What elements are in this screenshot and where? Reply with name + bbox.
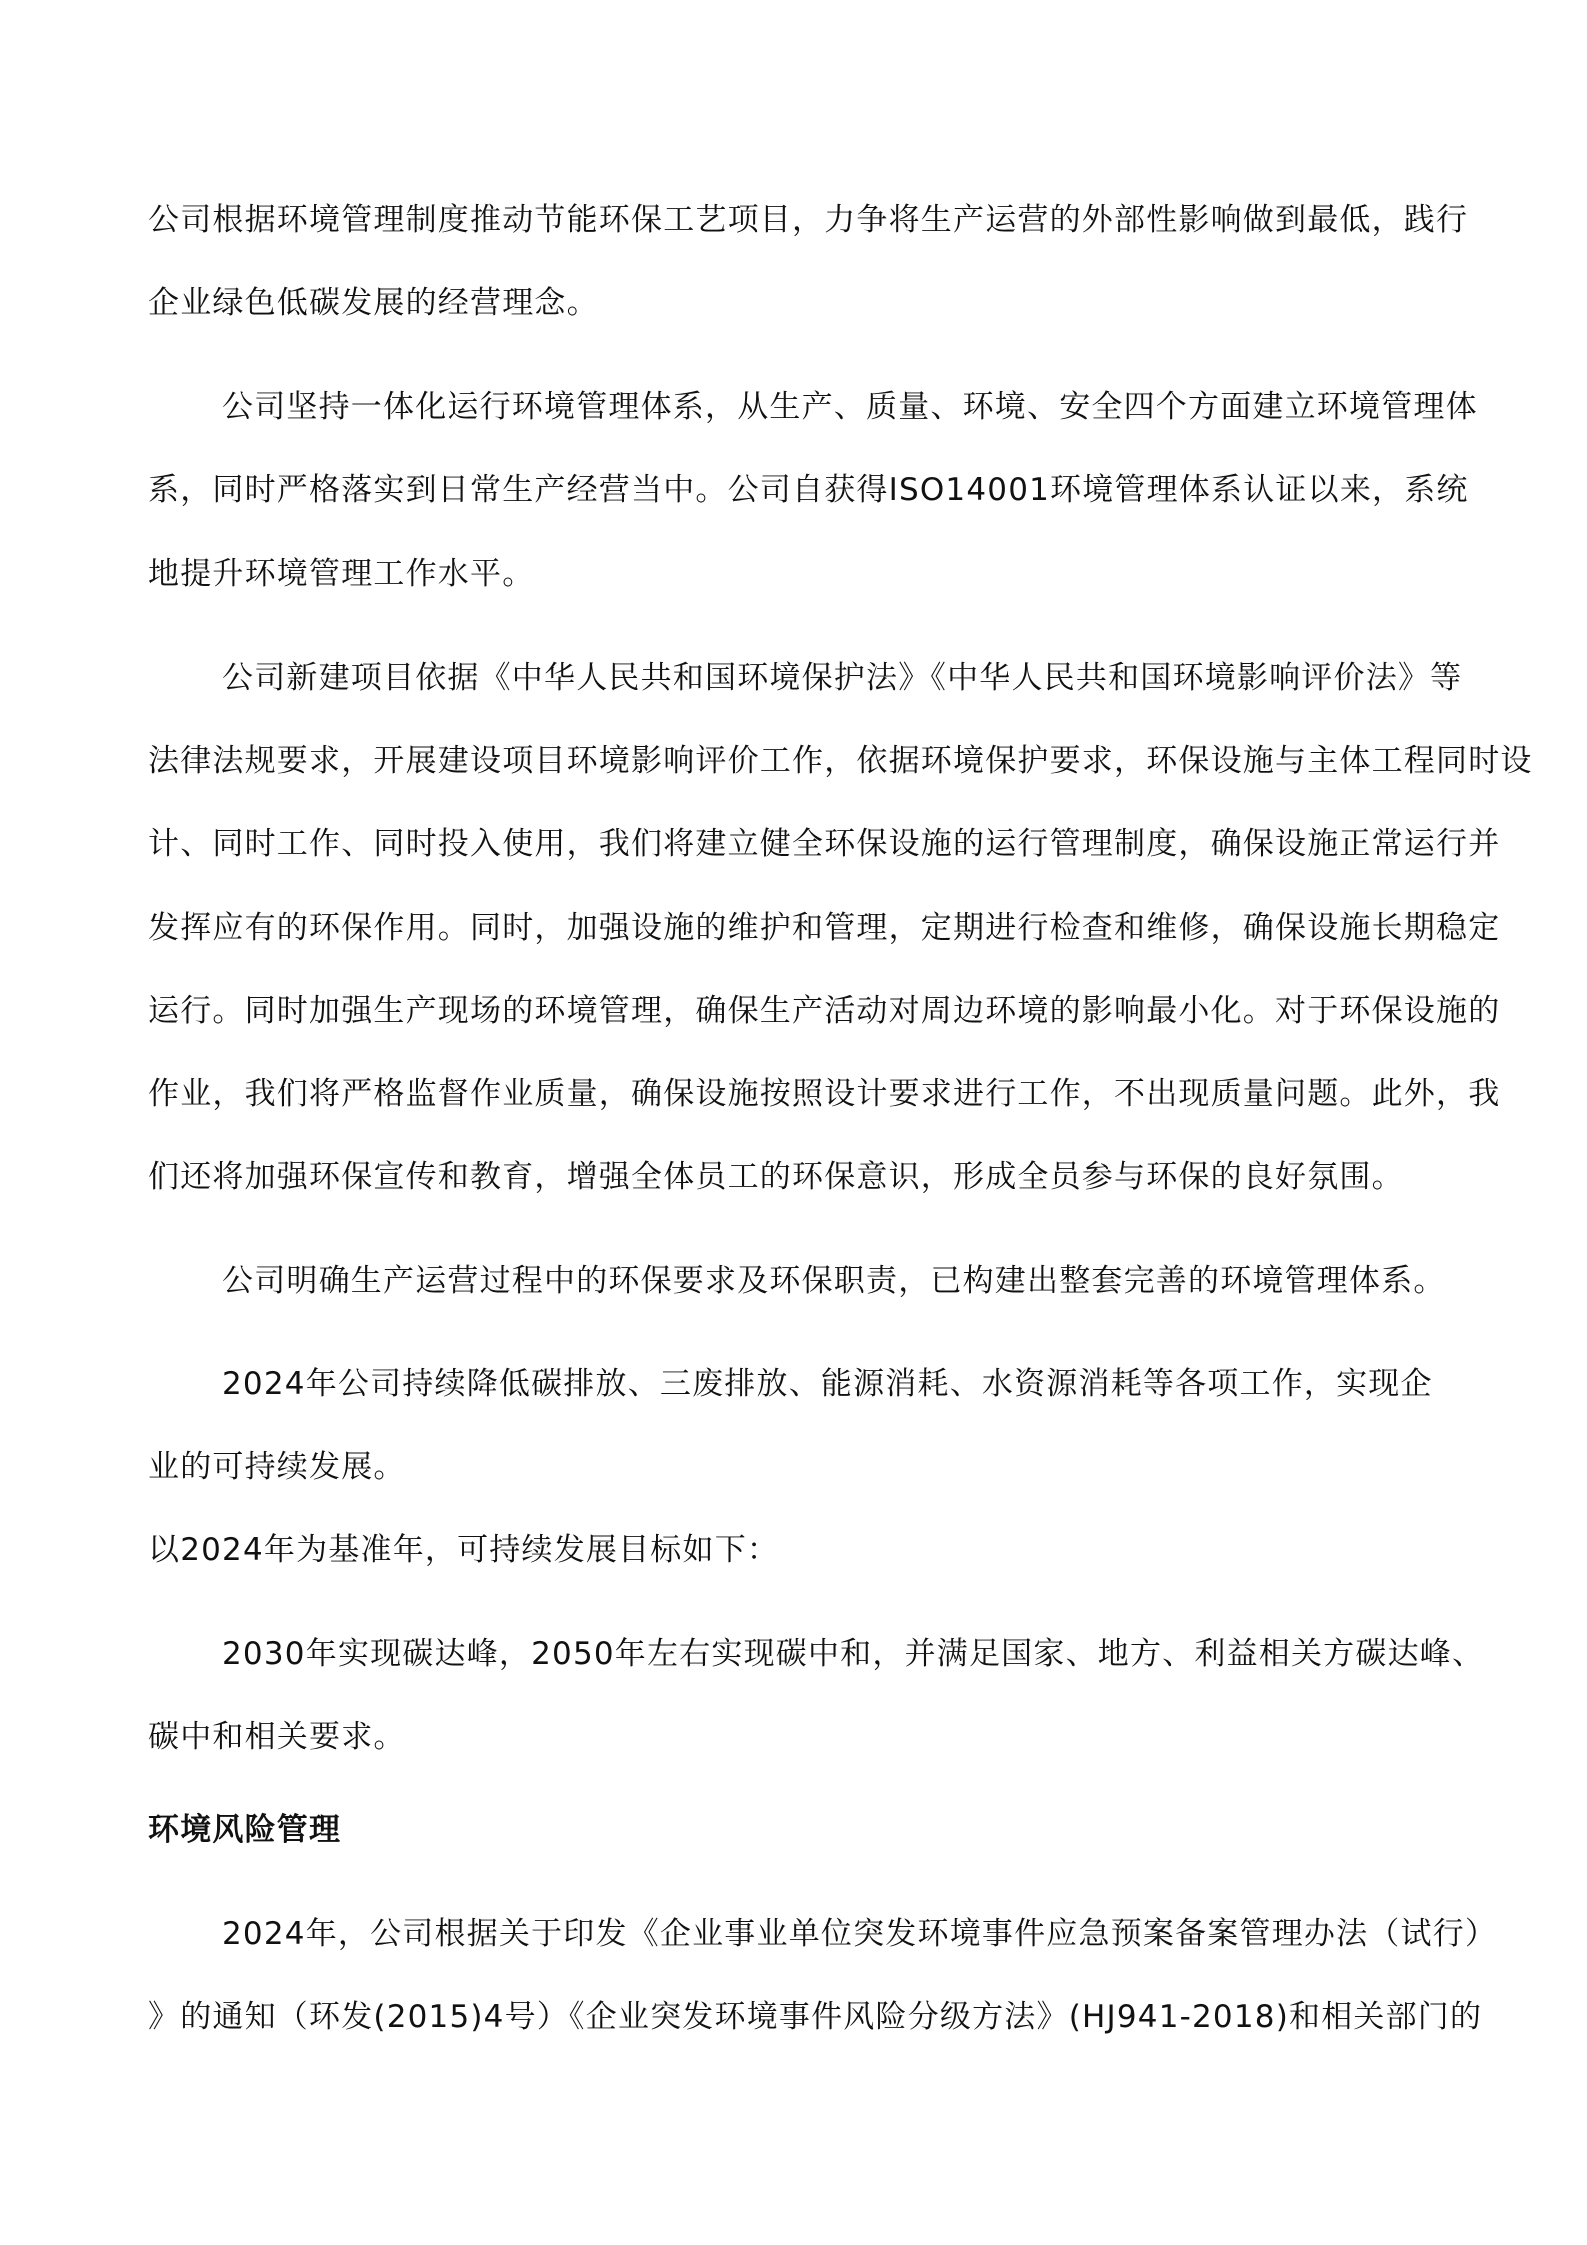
paragraph-3-line-6: 作业，我们将严格监督作业质量，确保设施按照设计要求进行工作，不出现质量问题。此外…: [148, 1072, 1500, 1116]
paragraph-1-line-2: 企业绿色低碳发展的经营理念。: [148, 281, 599, 325]
paragraph-3-line-1: 公司新建项目依据《中华人民共和国环境保护法》《中华人民共和国环境影响评价法》等: [222, 656, 1462, 700]
paragraph-8-line-2: 》的通知（环发(2015)4号）《企业突发环境事件风险分级方法》(HJ941-2…: [148, 1995, 1482, 2039]
paragraph-7-line-2: 碳中和相关要求。: [148, 1715, 406, 1759]
paragraph-3-line-2: 法律法规要求，开展建设项目环境影响评价工作，依据环境保护要求，环保设施与主体工程…: [148, 739, 1533, 783]
paragraph-5-line-1: 2024年公司持续降低碳排放、三废排放、能源消耗、水资源消耗等各项工作，实现企: [222, 1362, 1433, 1406]
paragraph-6-line-1: 以2024年为基准年，可持续发展目标如下：: [148, 1528, 779, 1572]
paragraph-2-line-2: 系，同时严格落实到日常生产经营当中。公司自获得ISO14001环境管理体系认证以…: [148, 468, 1469, 512]
paragraph-2-line-1: 公司坚持一体化运行环境管理体系，从生产、质量、环境、安全四个方面建立环境管理体: [222, 385, 1478, 429]
paragraph-2-line-3: 地提升环境管理工作水平。: [148, 552, 534, 596]
paragraph-5-line-2: 业的可持续发展。: [148, 1445, 406, 1489]
paragraph-3-line-3: 计、同时工作、同时投入使用，我们将建立健全环保设施的运行管理制度，确保设施正常运…: [148, 822, 1500, 866]
paragraph-1-line-1: 公司根据环境管理制度推动节能环保工艺项目，力争将生产运营的外部性影响做到最低，践…: [148, 198, 1468, 242]
section-heading: 环境风险管理: [148, 1808, 341, 1852]
paragraph-3-line-4: 发挥应有的环保作用。同时，加强设施的维护和管理，定期进行检查和维修，确保设施长期…: [148, 906, 1500, 950]
paragraph-7-line-1: 2030年实现碳达峰，2050年左右实现碳中和，并满足国家、地方、利益相关方碳达…: [222, 1632, 1484, 1676]
document-page: 公司根据环境管理制度推动节能环保工艺项目，力争将生产运营的外部性影响做到最低，践…: [0, 0, 1587, 2245]
paragraph-3-line-5: 运行。同时加强生产现场的环境管理，确保生产活动对周边环境的影响最小化。对于环保设…: [148, 989, 1500, 1033]
paragraph-4-line-1: 公司明确生产运营过程中的环保要求及环保职责，已构建出整套完善的环境管理体系。: [222, 1259, 1446, 1303]
paragraph-3-line-7: 们还将加强环保宣传和教育，增强全体员工的环保意识，形成全员参与环保的良好氛围。: [148, 1155, 1404, 1199]
paragraph-8-line-1: 2024年，公司根据关于印发《企业事业单位突发环境事件应急预案备案管理办法（试行…: [222, 1912, 1497, 1956]
